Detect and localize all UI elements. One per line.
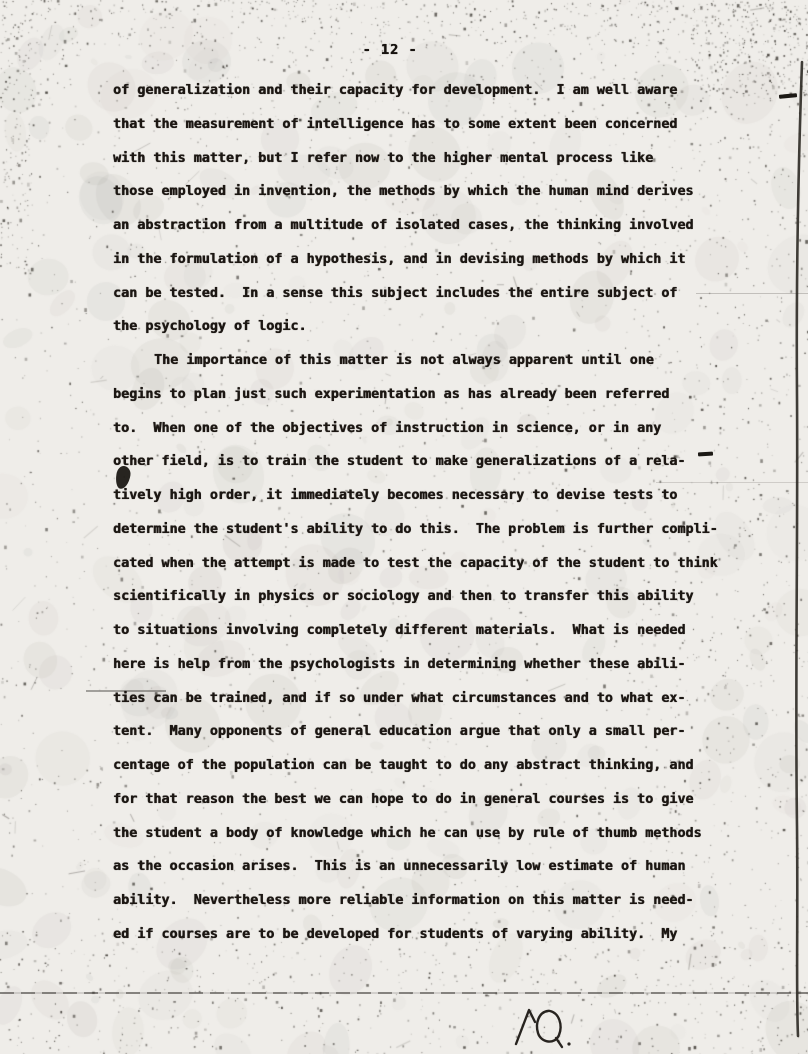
text-line: cated when the attempt is made to test t…	[113, 547, 753, 581]
text-line: The importance of this matter is not alw…	[113, 344, 753, 378]
text-line: ties can be trained, and if so under wha…	[113, 682, 753, 716]
stray-ink-dash	[698, 452, 713, 457]
text-line: that the measurement of intelligence has…	[113, 108, 753, 142]
text-line: to situations involving completely diffe…	[113, 614, 753, 648]
text-line: scientifically in physics or sociology a…	[113, 580, 753, 614]
text-line: the student a body of knowledge which he…	[113, 817, 753, 851]
text-line: other field, is to train the student to …	[113, 445, 753, 479]
text-line: centage of the population can be taught …	[113, 749, 753, 783]
handwritten-number: 10	[512, 1002, 576, 1054]
text-line: those employed in invention, the methods…	[113, 175, 753, 209]
text-line: for that reason the best we can hope to …	[113, 783, 753, 817]
document-body: of generalization and their capacity for…	[113, 74, 753, 952]
text-line: an abstraction from a multitude of isola…	[113, 209, 753, 243]
faint-horizontal-scan-line	[0, 992, 808, 994]
text-line: the psychology of logic.	[113, 310, 753, 344]
text-line: tent. Many opponents of general educatio…	[113, 715, 753, 749]
scanned-document-page: - 12 - of generalization and their capac…	[0, 0, 808, 1054]
text-line: ability. Nevertheless more reliable info…	[113, 884, 753, 918]
text-line: with this matter, but I refer now to the…	[113, 142, 753, 176]
text-line: can be tested. In a sense this subject i…	[113, 277, 753, 311]
text-line: ed if courses are to be developed for st…	[113, 918, 753, 952]
text-line: here is help from the psychologists in d…	[113, 648, 753, 682]
page-number: - 12 -	[349, 42, 431, 64]
text-line: tively high order, it immediately become…	[113, 479, 753, 513]
text-line: determine the student's ability to do th…	[113, 513, 753, 547]
text-line: in the formulation of a hypothesis, and …	[113, 243, 753, 277]
text-line: to. When one of the objectives of instru…	[113, 412, 753, 446]
text-line: of generalization and their capacity for…	[113, 74, 753, 108]
text-line: as the occasion arises. This is an unnec…	[113, 850, 753, 884]
text-line: begins to plan just such experimentation…	[113, 378, 753, 412]
paper-crease-line	[786, 56, 806, 1046]
